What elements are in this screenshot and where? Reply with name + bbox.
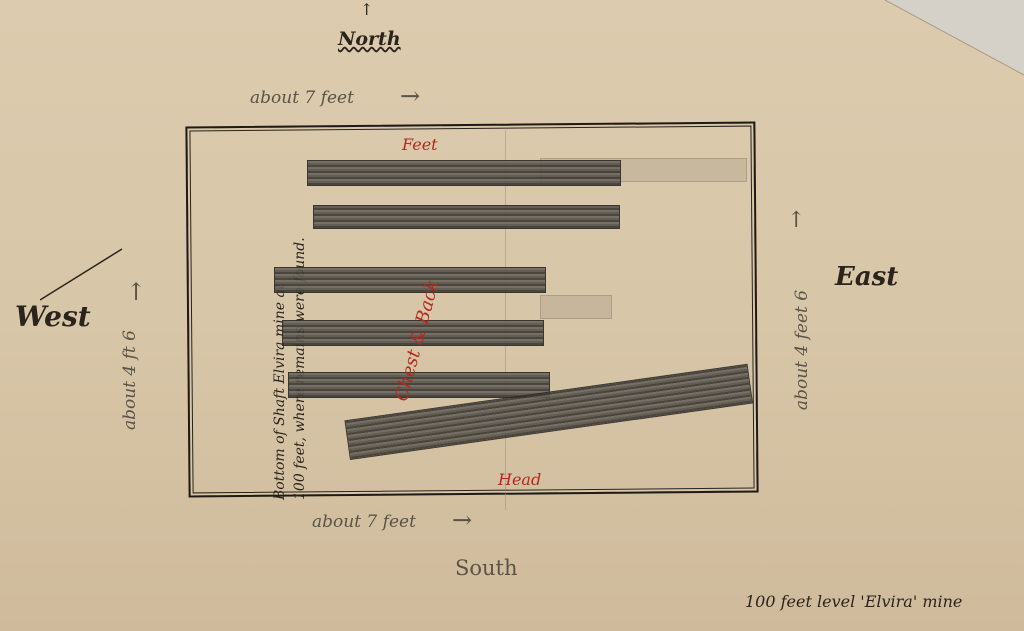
bottom-dimension-label: about 7 feet — [312, 512, 416, 532]
bottom-dimension-arrow-icon: → — [452, 506, 472, 534]
top-dimension-label: about 7 feet — [250, 88, 354, 108]
bone-2 — [313, 205, 620, 229]
bone-5 — [288, 372, 550, 398]
north-label: North — [338, 28, 401, 50]
top-dimension-arrow-icon: → — [400, 82, 420, 110]
west-strike-line — [40, 245, 130, 305]
south-label: South — [455, 556, 518, 580]
right-dimension-arrow-icon: ↑ — [787, 208, 805, 233]
east-label: East — [835, 262, 898, 292]
left-dimension-label: about 4 ft 6 — [120, 330, 140, 430]
head-label: Head — [498, 470, 541, 489]
bone-1 — [307, 160, 621, 186]
faint-bone-outline — [540, 295, 612, 319]
feet-label: Feet — [402, 135, 438, 154]
left-dimension-arrow-icon: ↑ — [126, 278, 146, 306]
bone-3 — [274, 267, 546, 293]
right-dimension-label: about 4 feet 6 — [792, 290, 812, 410]
diagram-caption: 100 feet level 'Elvira' mine — [745, 592, 962, 611]
north-arrow-icon: ↑ — [360, 0, 373, 19]
